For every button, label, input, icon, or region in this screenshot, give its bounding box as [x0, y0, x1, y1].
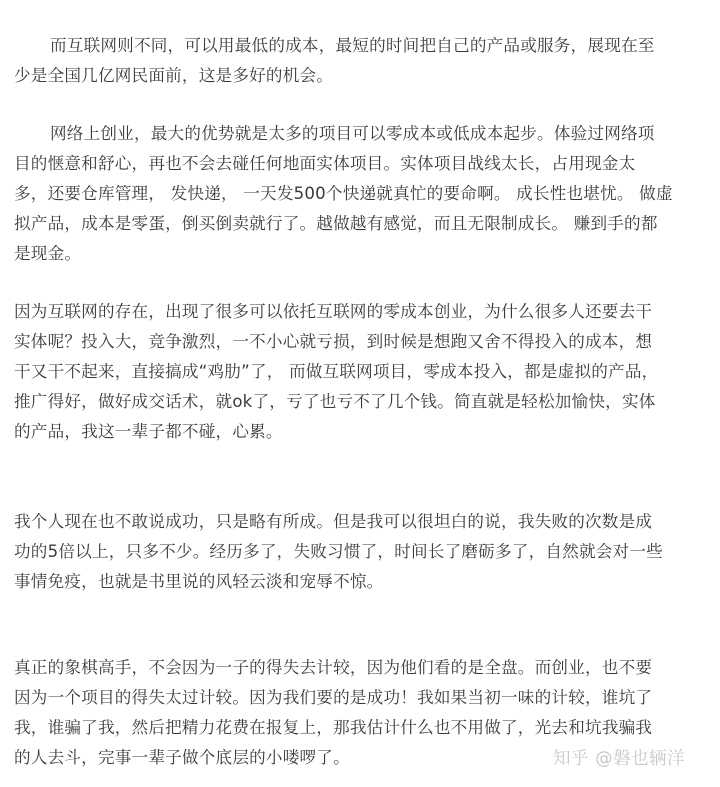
paragraph-line: 目的惬意和舒心，再也不会去碰任何地面实体项目。实体项目战线太长，占用现金太 — [14, 149, 714, 179]
article-page: 而互联网则不同，可以用最低的成本，最短的时间把自己的产品或服务，展现在至 少是全… — [0, 0, 720, 787]
paragraph-line: 拟产品，成本是零蛋，倒买倒卖就行了。越做越有感觉，而且无限制成长。 赚到手的都 — [14, 209, 714, 239]
paragraph-line: 实体呢？投入大，竞争激烈，一不小心就亏损，到时候是想跑又舍不得投入的成本，想 — [14, 327, 714, 357]
paragraph-line: 网络上创业，最大的优势就是太多的项目可以零成本或低成本起步。体验过网络项 — [14, 119, 714, 149]
paragraph-1: 而互联网则不同，可以用最低的成本，最短的时间把自己的产品或服务，展现在至 少是全… — [14, 31, 714, 91]
paragraph-line: 干又干不起来，直接搞成“鸡肋”了， 而做互联网项目，零成本投入，都是虚拟的产品， — [14, 357, 714, 387]
paragraph-line: 而互联网则不同，可以用最低的成本，最短的时间把自己的产品或服务，展现在至 — [14, 31, 714, 61]
paragraph-line: 我，谁骗了我，然后把精力花费在报复上，那我估计什么也不用做了，光去和坑我骗我 — [14, 713, 714, 743]
paragraph-4: 我个人现在也不敢说成功，只是略有所成。但是我可以很坦白的说，我失败的次数是成 功… — [14, 507, 714, 597]
paragraph-line: 我个人现在也不敢说成功，只是略有所成。但是我可以很坦白的说，我失败的次数是成 — [14, 507, 714, 537]
paragraph-line: 推广得好，做好成交话术，就ok了，亏了也亏不了几个钱。简直就是轻松加愉快，实体 — [14, 387, 714, 417]
paragraph-line: 真正的象棋高手，不会因为一子的得失去计较，因为他们看的是全盘。而创业，也不要 — [14, 653, 714, 683]
paragraph-line: 因为互联网的存在，出现了很多可以依托互联网的零成本创业，为什么很多人还要去干 — [14, 297, 714, 327]
paragraph-line: 因为一个项目的得失太过计较。因为我们要的是成功！我如果当初一味的计较，谁坑了 — [14, 683, 714, 713]
paragraph-line: 功的5倍以上，只多不少。经历多了，失败习惯了，时间长了磨砺多了，自然就会对一些 — [14, 537, 714, 567]
paragraph-3: 因为互联网的存在，出现了很多可以依托互联网的零成本创业，为什么很多人还要去干 实… — [14, 297, 714, 447]
paragraph-line: 多，还要仓库管理， 发快递， 一天发500个快递就真忙的要命啊。 成长性也堪忧。… — [14, 179, 714, 209]
paragraph-2: 网络上创业，最大的优势就是太多的项目可以零成本或低成本起步。体验过网络项 目的惬… — [14, 119, 714, 269]
paragraph-line: 少是全国几亿网民面前，这是多好的机会。 — [14, 61, 714, 91]
zhihu-watermark: 知乎 @磐也辆洋 — [553, 745, 685, 770]
paragraph-line: 的产品，我这一辈子都不碰，心累。 — [14, 417, 714, 447]
paragraph-line: 是现金。 — [14, 239, 714, 269]
paragraph-line: 事情免疫，也就是书里说的风轻云淡和宠辱不惊。 — [14, 567, 714, 597]
